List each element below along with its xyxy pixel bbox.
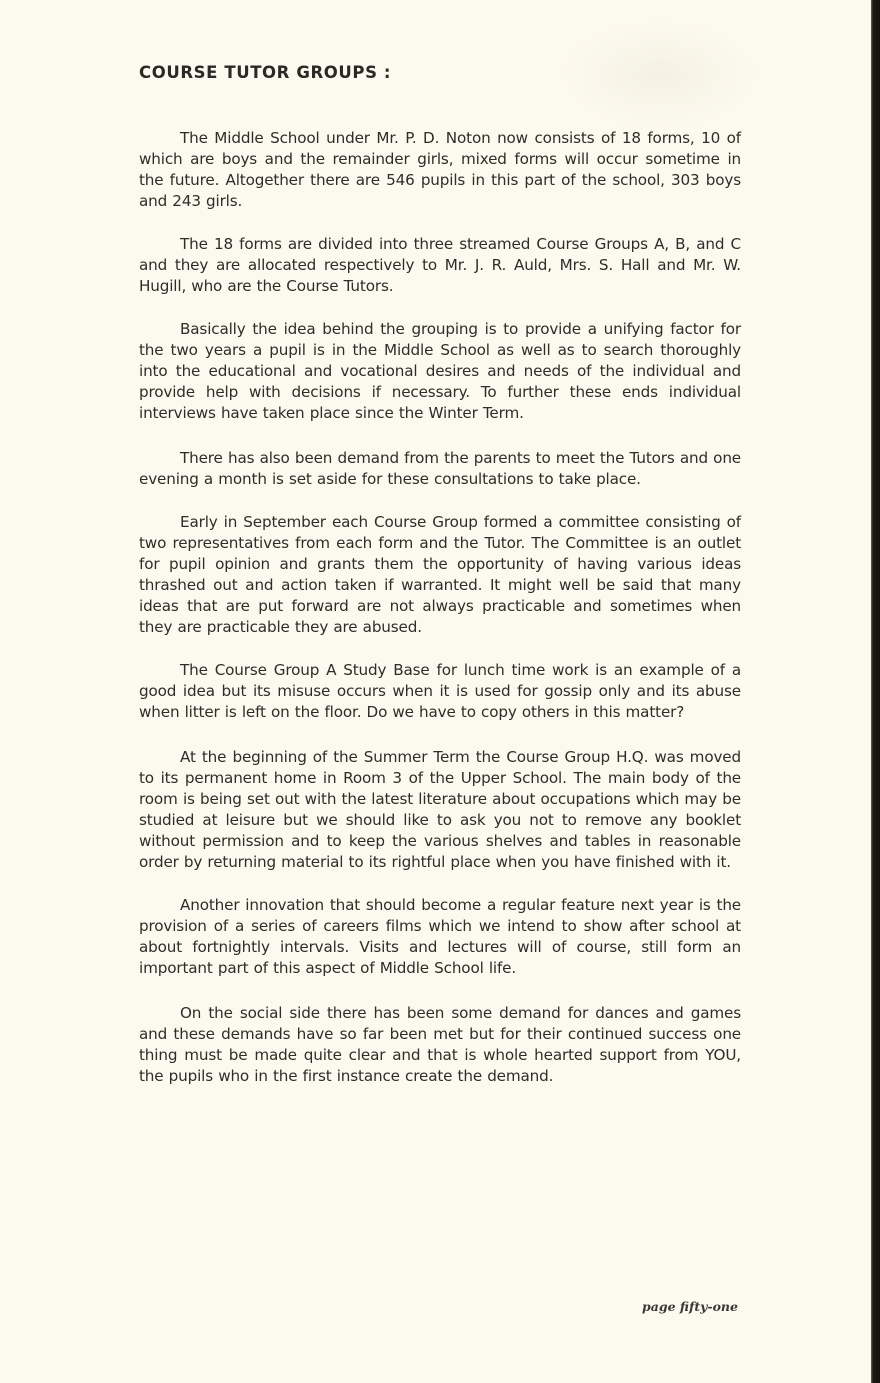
- paragraph-hq-room: At the beginning of the Summer Term the …: [139, 747, 741, 873]
- paragraph-careers-films: Another innovation that should become a …: [139, 895, 741, 979]
- page-number: page fifty-one: [642, 1299, 738, 1314]
- paragraph-social-side: On the social side there has been some d…: [139, 1003, 741, 1087]
- paragraph-committee: Early in September each Course Group for…: [139, 512, 741, 638]
- binding-edge: [871, 0, 880, 1383]
- section-heading: COURSE TUTOR GROUPS :: [139, 63, 391, 82]
- paragraph-study-base: The Course Group A Study Base for lunch …: [139, 660, 741, 723]
- document-page: COURSE TUTOR GROUPS : The Middle School …: [0, 0, 871, 1383]
- paragraph-middle-school-overview: The Middle School under Mr. P. D. Noton …: [139, 128, 741, 212]
- paragraph-course-groups: The 18 forms are divided into three stre…: [139, 234, 741, 297]
- show-through-blemish: [560, 20, 760, 130]
- paragraph-grouping-idea: Basically the idea behind the grouping i…: [139, 319, 741, 424]
- article-body: The Middle School under Mr. P. D. Noton …: [139, 128, 741, 1107]
- paragraph-parent-consultations: There has also been demand from the pare…: [139, 448, 741, 490]
